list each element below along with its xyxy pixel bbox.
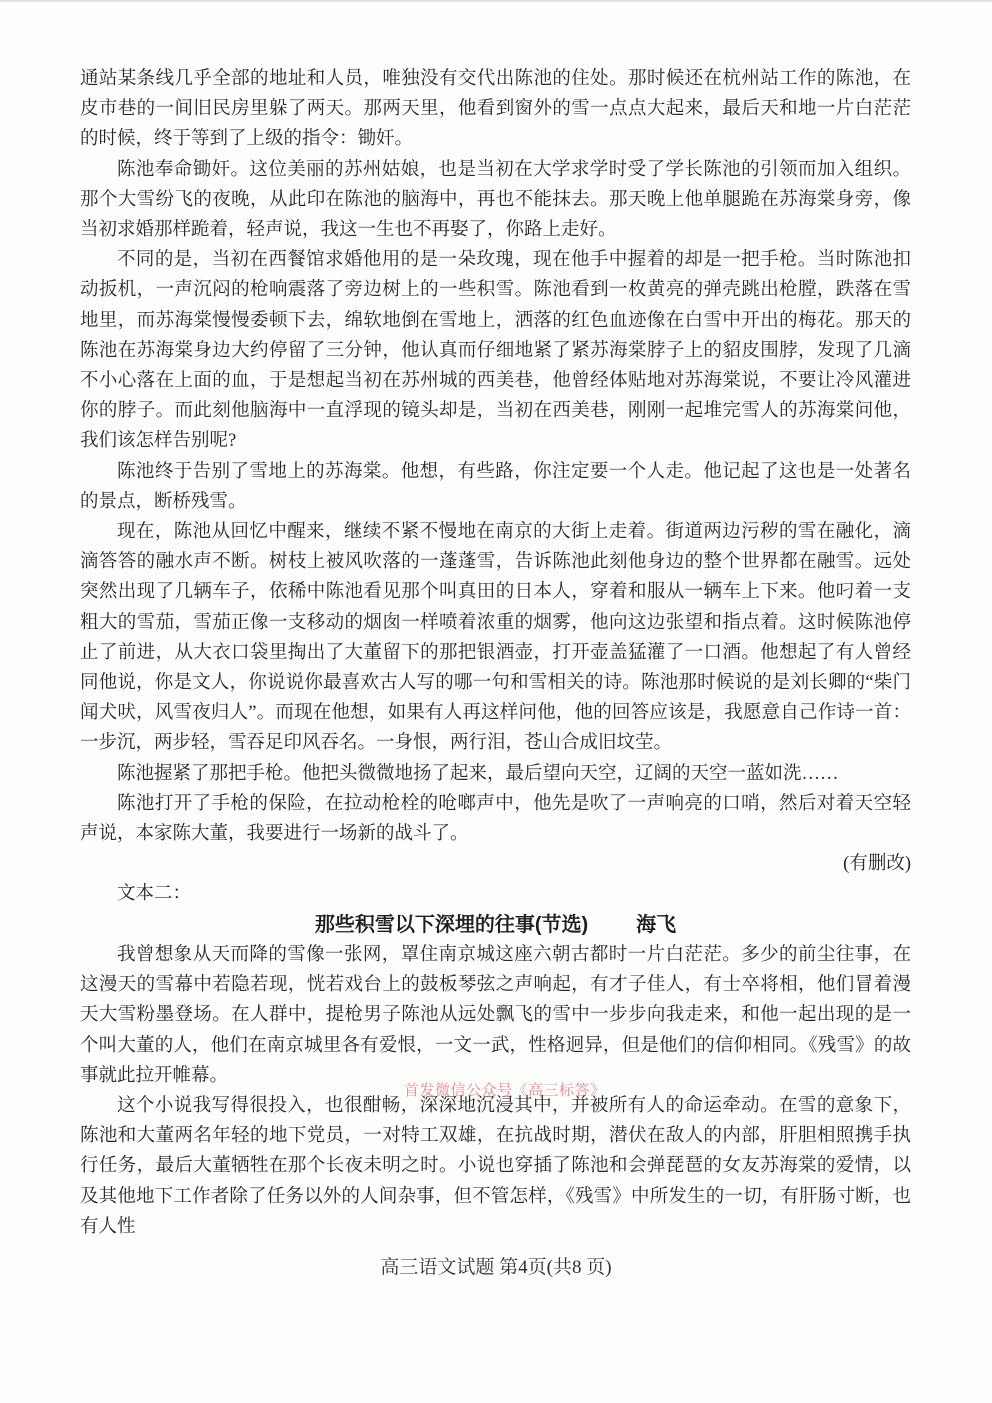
paragraph: 陈池握紧了那把手枪。他把头微微地扬了起来，最后望向天空，辽阔的天空一蓝如洗……: [80, 759, 911, 789]
paragraph: 不同的是，当初在西餐馆求婚他用的是一朵玫瑰，现在他手中握着的却是一把手枪。当时陈…: [80, 245, 911, 456]
author-name: 海飞: [636, 914, 676, 936]
paragraph: 陈池打开了手枪的保险，在拉动枪栓的呛啷声中，他先是吹了一声响亮的口哨，然后对着天…: [80, 789, 911, 849]
paragraph: 通站某条线几乎全部的地址和人员，唯独没有交代出陈池的住处。那时候还在杭州站工作的…: [80, 64, 911, 155]
paragraph: 这个小说我写得很投入，也很酣畅，深深地沉浸其中，并被所有人的命运牵动。在雪的意象…: [80, 1091, 911, 1242]
attribution-note: (有删改): [80, 849, 911, 879]
paragraph: 现在，陈池从回忆中醒来，继续不紧不慢地在南京的大街上走着。街道两边污秽的雪在融化…: [80, 517, 911, 759]
paragraph: 陈池奉命锄奸。这位美丽的苏州姑娘，也是当初在大学求学时受了学长陈池的引领而加入组…: [80, 155, 911, 246]
exam-page: 通站某条线几乎全部的地址和人员，唯独没有交代出陈池的住处。那时候还在杭州站工作的…: [0, 0, 992, 1403]
text-two-title: 那些积雪以下深埋的往事(节选)海飞: [80, 910, 911, 940]
text-two-label: 文本二：: [80, 879, 911, 909]
page-footer: 高三语文试题 第4页(共8 页): [0, 1252, 992, 1279]
paragraph: 陈池终于告别了雪地上的苏海棠。他想，有些路，你注定要一个人走。他记起了这也是一处…: [80, 457, 911, 517]
paragraph: 我曾想象从天而降的雪像一张网，罩住南京城这座六朝古都时一片白茫茫。多少的前尘往事…: [80, 940, 911, 1091]
title-text: 那些积雪以下深埋的往事(节选): [315, 914, 588, 936]
page-body: 通站某条线几乎全部的地址和人员，唯独没有交代出陈池的住处。那时候还在杭州站工作的…: [80, 64, 911, 1242]
